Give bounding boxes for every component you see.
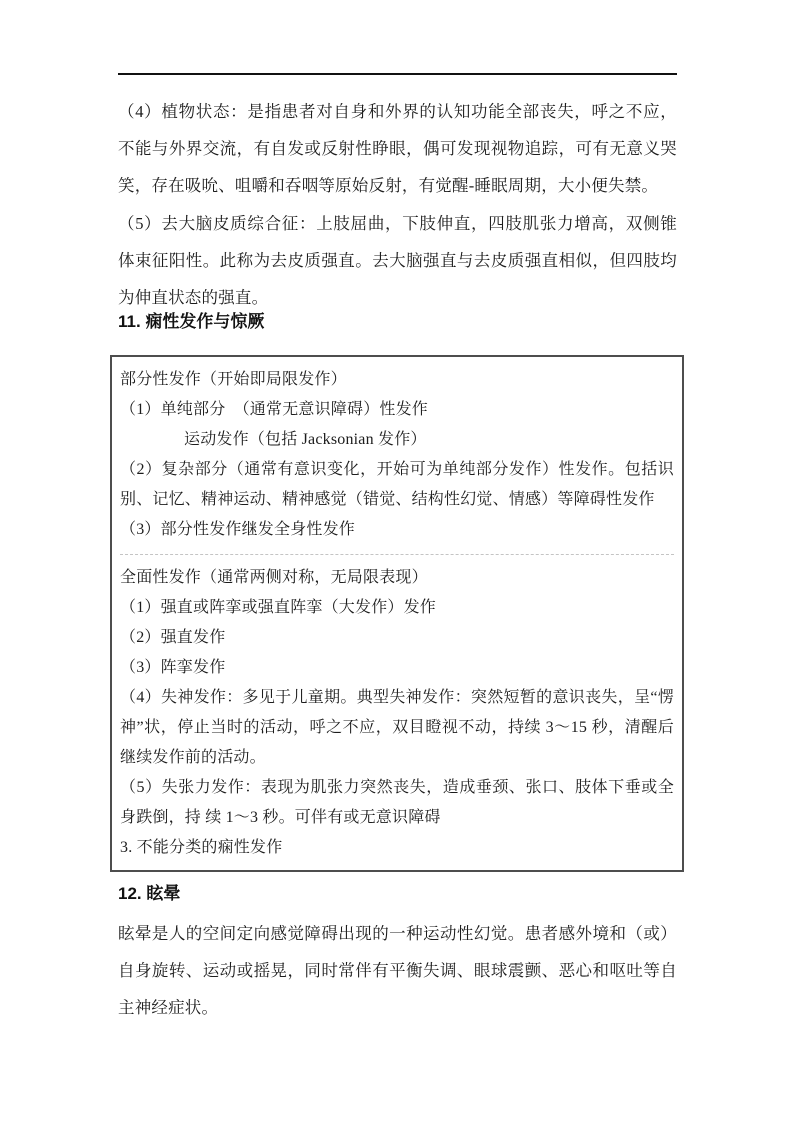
section-heading-vertigo: 12. 眩晕 bbox=[118, 882, 180, 906]
paragraph-vegetative-state: （4）植物状态：是指患者对自身和外界的认知功能全部丧失，呼之不应，不能与外界交流… bbox=[118, 93, 677, 204]
list-item: （1）单纯部分 （通常无意识障碍）性发作 bbox=[120, 395, 674, 425]
list-item: （2）强直发作 bbox=[120, 623, 674, 653]
partial-seizure-title: 部分性发作（开始即局限发作） bbox=[120, 365, 674, 395]
seizure-classification-box: 部分性发作（开始即局限发作） （1）单纯部分 （通常无意识障碍）性发作 运动发作… bbox=[110, 355, 684, 872]
list-item: 运动发作（包括 Jacksonian 发作） bbox=[120, 425, 674, 455]
list-item: （4）失神发作：多见于儿童期。典型失神发作：突然短暂的意识丧失，呈“愣神”状，停… bbox=[120, 683, 674, 773]
list-item: （3）阵挛发作 bbox=[120, 653, 674, 683]
paragraph-decorticate-syndrome: （5）去大脑皮质综合征：上肢屈曲，下肢伸直，四肢肌张力增高，双侧锥体束征阳性。此… bbox=[118, 205, 677, 316]
partial-seizure-section: 部分性发作（开始即局限发作） （1）单纯部分 （通常无意识障碍）性发作 运动发作… bbox=[120, 365, 674, 545]
header-rule bbox=[118, 73, 677, 75]
generalized-seizure-title: 全面性发作（通常两侧对称，无局限表现） bbox=[120, 563, 674, 593]
document-page: （4）植物状态：是指患者对自身和外界的认知功能全部丧失，呼之不应，不能与外界交流… bbox=[0, 0, 793, 1122]
paragraph-vertigo: 眩晕是人的空间定向感觉障碍出现的一种运动性幻觉。患者感外境和（或）自身旋转、运动… bbox=[118, 915, 677, 1026]
list-item: （5）失张力发作：表现为肌张力突然丧失，造成垂颈、张口、肢体下垂或全身跌倒，持 … bbox=[120, 773, 674, 833]
list-item: （3）部分性发作继发全身性发作 bbox=[120, 515, 674, 545]
list-item: （2）复杂部分（通常有意识变化，开始可为单纯部分发作）性发作。包括识别、记忆、精… bbox=[120, 455, 674, 515]
section-heading-seizure: 11. 痫性发作与惊厥 bbox=[118, 310, 264, 334]
list-item: （1）强直或阵挛或强直阵挛（大发作）发作 bbox=[120, 593, 674, 623]
list-item: 3. 不能分类的痫性发作 bbox=[120, 833, 674, 863]
box-row-divider bbox=[120, 554, 674, 555]
generalized-seizure-section: 全面性发作（通常两侧对称，无局限表现） （1）强直或阵挛或强直阵挛（大发作）发作… bbox=[120, 563, 674, 863]
